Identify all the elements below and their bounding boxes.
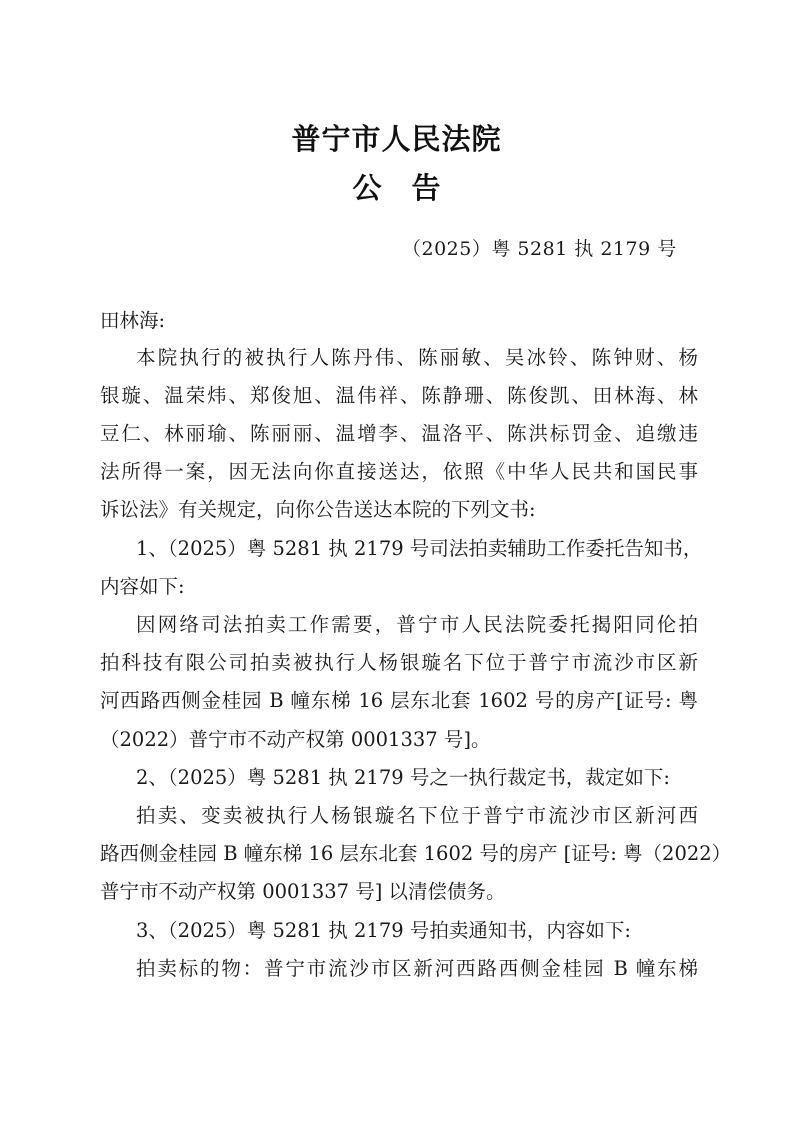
body-line: 拍卖标的物：普宁市流沙市区新河西路西侧金桂园 B 幢东梯 — [136, 956, 698, 982]
body-line: 1、（2025）粤 5281 执 2179 号司法拍卖辅助工作委托告知书， — [136, 536, 698, 562]
doc-type-heading: 公告 — [0, 166, 793, 207]
body-line: 普宁市不动产权第 0001337 号] 以清偿债务。 — [100, 879, 698, 905]
body-line: 河西路西侧金桂园 B 幢东梯 16 层东北套 1602 号的房产[证号: 粤 — [100, 688, 698, 714]
body-line: （2022）普宁市不动产权第 0001337 号]。 — [100, 727, 698, 753]
addressee: 田林海: — [100, 308, 698, 334]
body-line: 2、（2025）粤 5281 执 2179 号之一执行裁定书，裁定如下: — [136, 765, 698, 791]
body-line: 路西侧金桂园 B 幢东梯 16 层东北套 1602 号的房产 [证号: 粤（20… — [100, 841, 698, 867]
body-line: 拍卖、变卖被执行人杨银璇名下位于普宁市流沙市区新河西 — [136, 803, 698, 829]
court-name-heading: 普宁市人民法院 — [0, 117, 793, 158]
body-line: 本院执行的被执行人陈丹伟、陈丽敏、吴冰铃、陈钟财、杨 — [136, 345, 698, 371]
body-line: 内容如下: — [100, 574, 698, 600]
case-number: （2025）粤 5281 执 2179 号 — [402, 234, 677, 261]
body-line: 拍科技有限公司拍卖被执行人杨银璇名下位于普宁市流沙市区新 — [100, 650, 698, 676]
body-line: 因网络司法拍卖工作需要，普宁市人民法院委托揭阳同伦拍 — [136, 612, 698, 638]
body-line: 3、（2025）粤 5281 执 2179 号拍卖通知书，内容如下: — [136, 918, 698, 944]
body-line: 银璇、温荣炜、郑俊旭、温伟祥、陈静珊、陈俊凯、田林海、林 — [100, 383, 698, 409]
body-line: 法所得一案，因无法向你直接送达，依照《中华人民共和国民事 — [100, 459, 698, 485]
body-line: 诉讼法》有关规定，向你公告送达本院的下列文书: — [100, 497, 698, 523]
body-line: 豆仁、林丽瑜、陈丽丽、温增李、温洛平、陈洪标罚金、追缴违 — [100, 421, 698, 447]
